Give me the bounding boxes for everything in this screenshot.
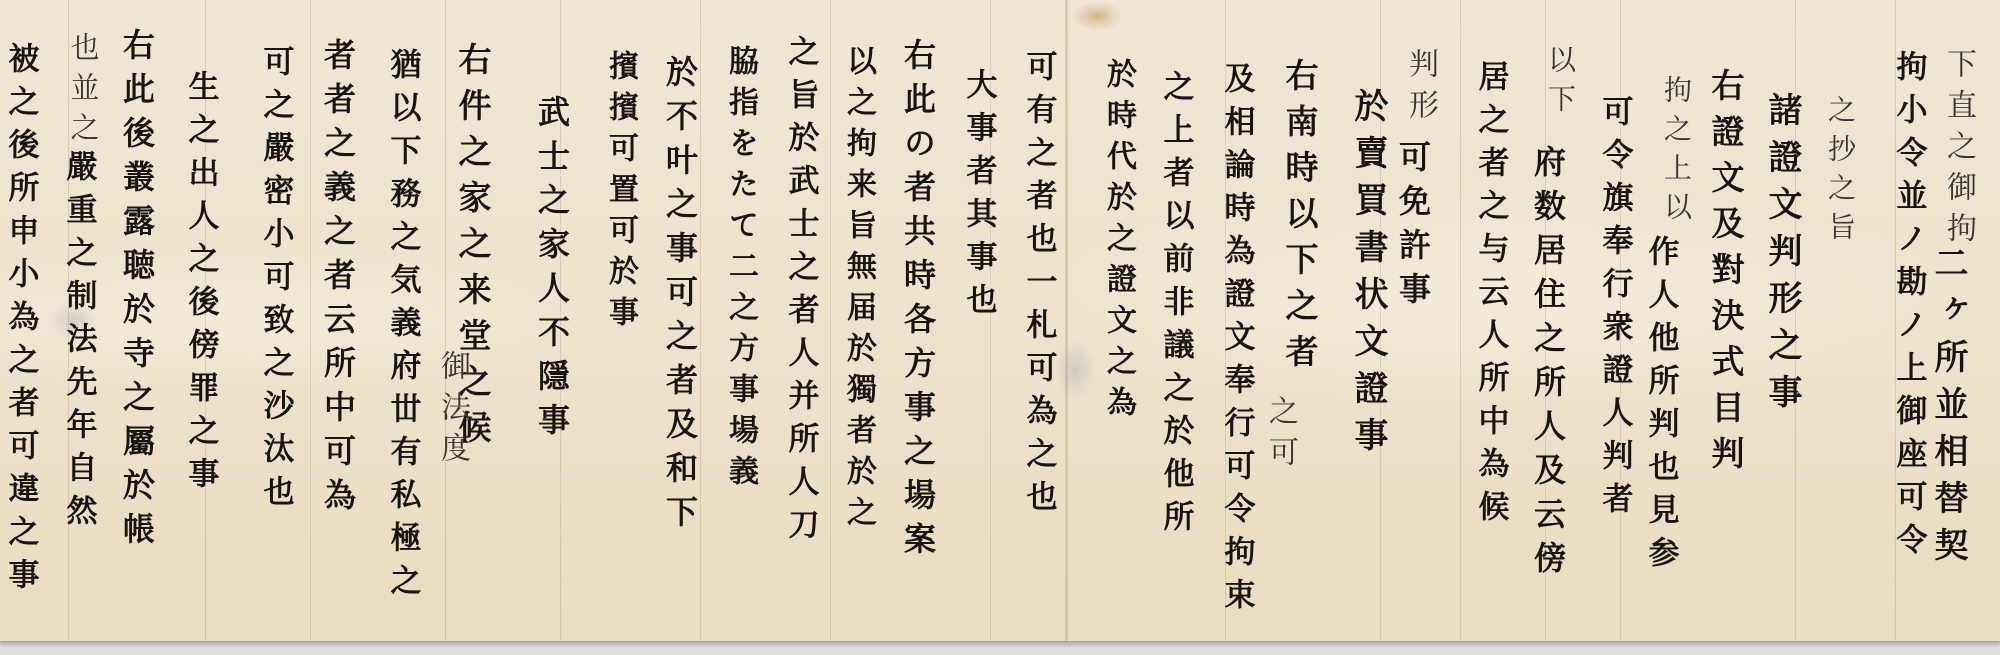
text-column: 可免許事 — [1397, 140, 1429, 316]
text-column: 大事者其事也 — [963, 68, 994, 326]
text-column: 及相論時為證文奉行可令拘束 — [1221, 62, 1252, 621]
text-column: 脇指をたて二之方事場義 — [725, 45, 755, 496]
text-column: 猶以下務之気義府丗有私極之 — [387, 48, 418, 607]
text-column: 判形 — [1405, 48, 1435, 130]
text-column: 以之拘来旨無届於獨者於之 — [843, 45, 873, 537]
text-column: 之抄之旨 — [1826, 95, 1854, 251]
fold-line — [700, 0, 701, 641]
text-column: 之可 — [1265, 395, 1295, 477]
text-column: 於時代於之證文之為 — [1103, 58, 1133, 427]
text-column: 嚴重之制法先年自然 — [63, 150, 94, 537]
text-column: 於不叶之事可之者及和下 — [664, 55, 696, 539]
fold-line — [445, 0, 446, 641]
text-column: 作人他所判也見参 — [1645, 235, 1676, 579]
text-column: 右此後叢露聴於寺之屬於帳 — [121, 28, 153, 556]
text-column: 以下 — [1546, 45, 1574, 123]
text-column: 擯擯可置可於事 — [605, 50, 635, 337]
fold-line — [830, 0, 831, 641]
text-column: 之旨於武士之者人并所人刀 — [785, 35, 816, 551]
text-column: 拘之上以 — [1662, 75, 1690, 231]
text-column: 右證文及對決式目判 — [1710, 68, 1743, 482]
text-column: 居之者之与云人所中為候 — [1475, 60, 1506, 533]
paper-seam — [1065, 0, 1068, 641]
text-column: 御法度 — [437, 350, 467, 473]
text-column: 右南時以下之者 — [1284, 58, 1317, 380]
text-column: 之上者以前非議之於他所 — [1160, 70, 1191, 543]
text-column: 右此の者共時各方事之場案 — [902, 38, 934, 566]
ink-smudge — [1055, 340, 1095, 400]
text-column: 諸證文判形之事 — [1765, 92, 1799, 421]
scroll-viewer: 下直之御拘拘小令並ノ勘ノ上御座可令二ヶ所並相替契之抄之旨諸證文判形之事右證文及對… — [0, 0, 2000, 655]
text-column: 可令旗奉行衆證人判者 — [1599, 95, 1630, 525]
text-column: 生之出人之後傍罪之事 — [185, 70, 216, 500]
text-column: 可之嚴密小可致之沙汰也 — [260, 45, 291, 518]
fold-line — [1460, 0, 1461, 641]
text-column: 武士之家人不隱事 — [536, 95, 568, 447]
text-column: 二ヶ所並相替契 — [1931, 245, 1965, 574]
text-column: 可有之者也一札可為之也 — [1023, 50, 1054, 523]
fold-line — [310, 0, 311, 641]
manuscript-paper: 下直之御拘拘小令並ノ勘ノ上御座可令二ヶ所並相替契之抄之旨諸證文判形之事右證文及對… — [0, 0, 2000, 641]
text-column: 拘小令並ノ勘ノ上御座可令 — [1893, 50, 1924, 566]
text-column: 府数居住之所人及云傍 — [1532, 145, 1564, 585]
text-column: 者者之義之者云所中可為 — [322, 38, 354, 522]
text-column: 也並之 — [69, 32, 98, 152]
text-column: 下直之御拘 — [1943, 48, 1973, 253]
text-column: 於賣買書状文證事 — [1351, 88, 1385, 464]
text-column: 被之後所申小為之者可違之事 — [5, 42, 36, 601]
